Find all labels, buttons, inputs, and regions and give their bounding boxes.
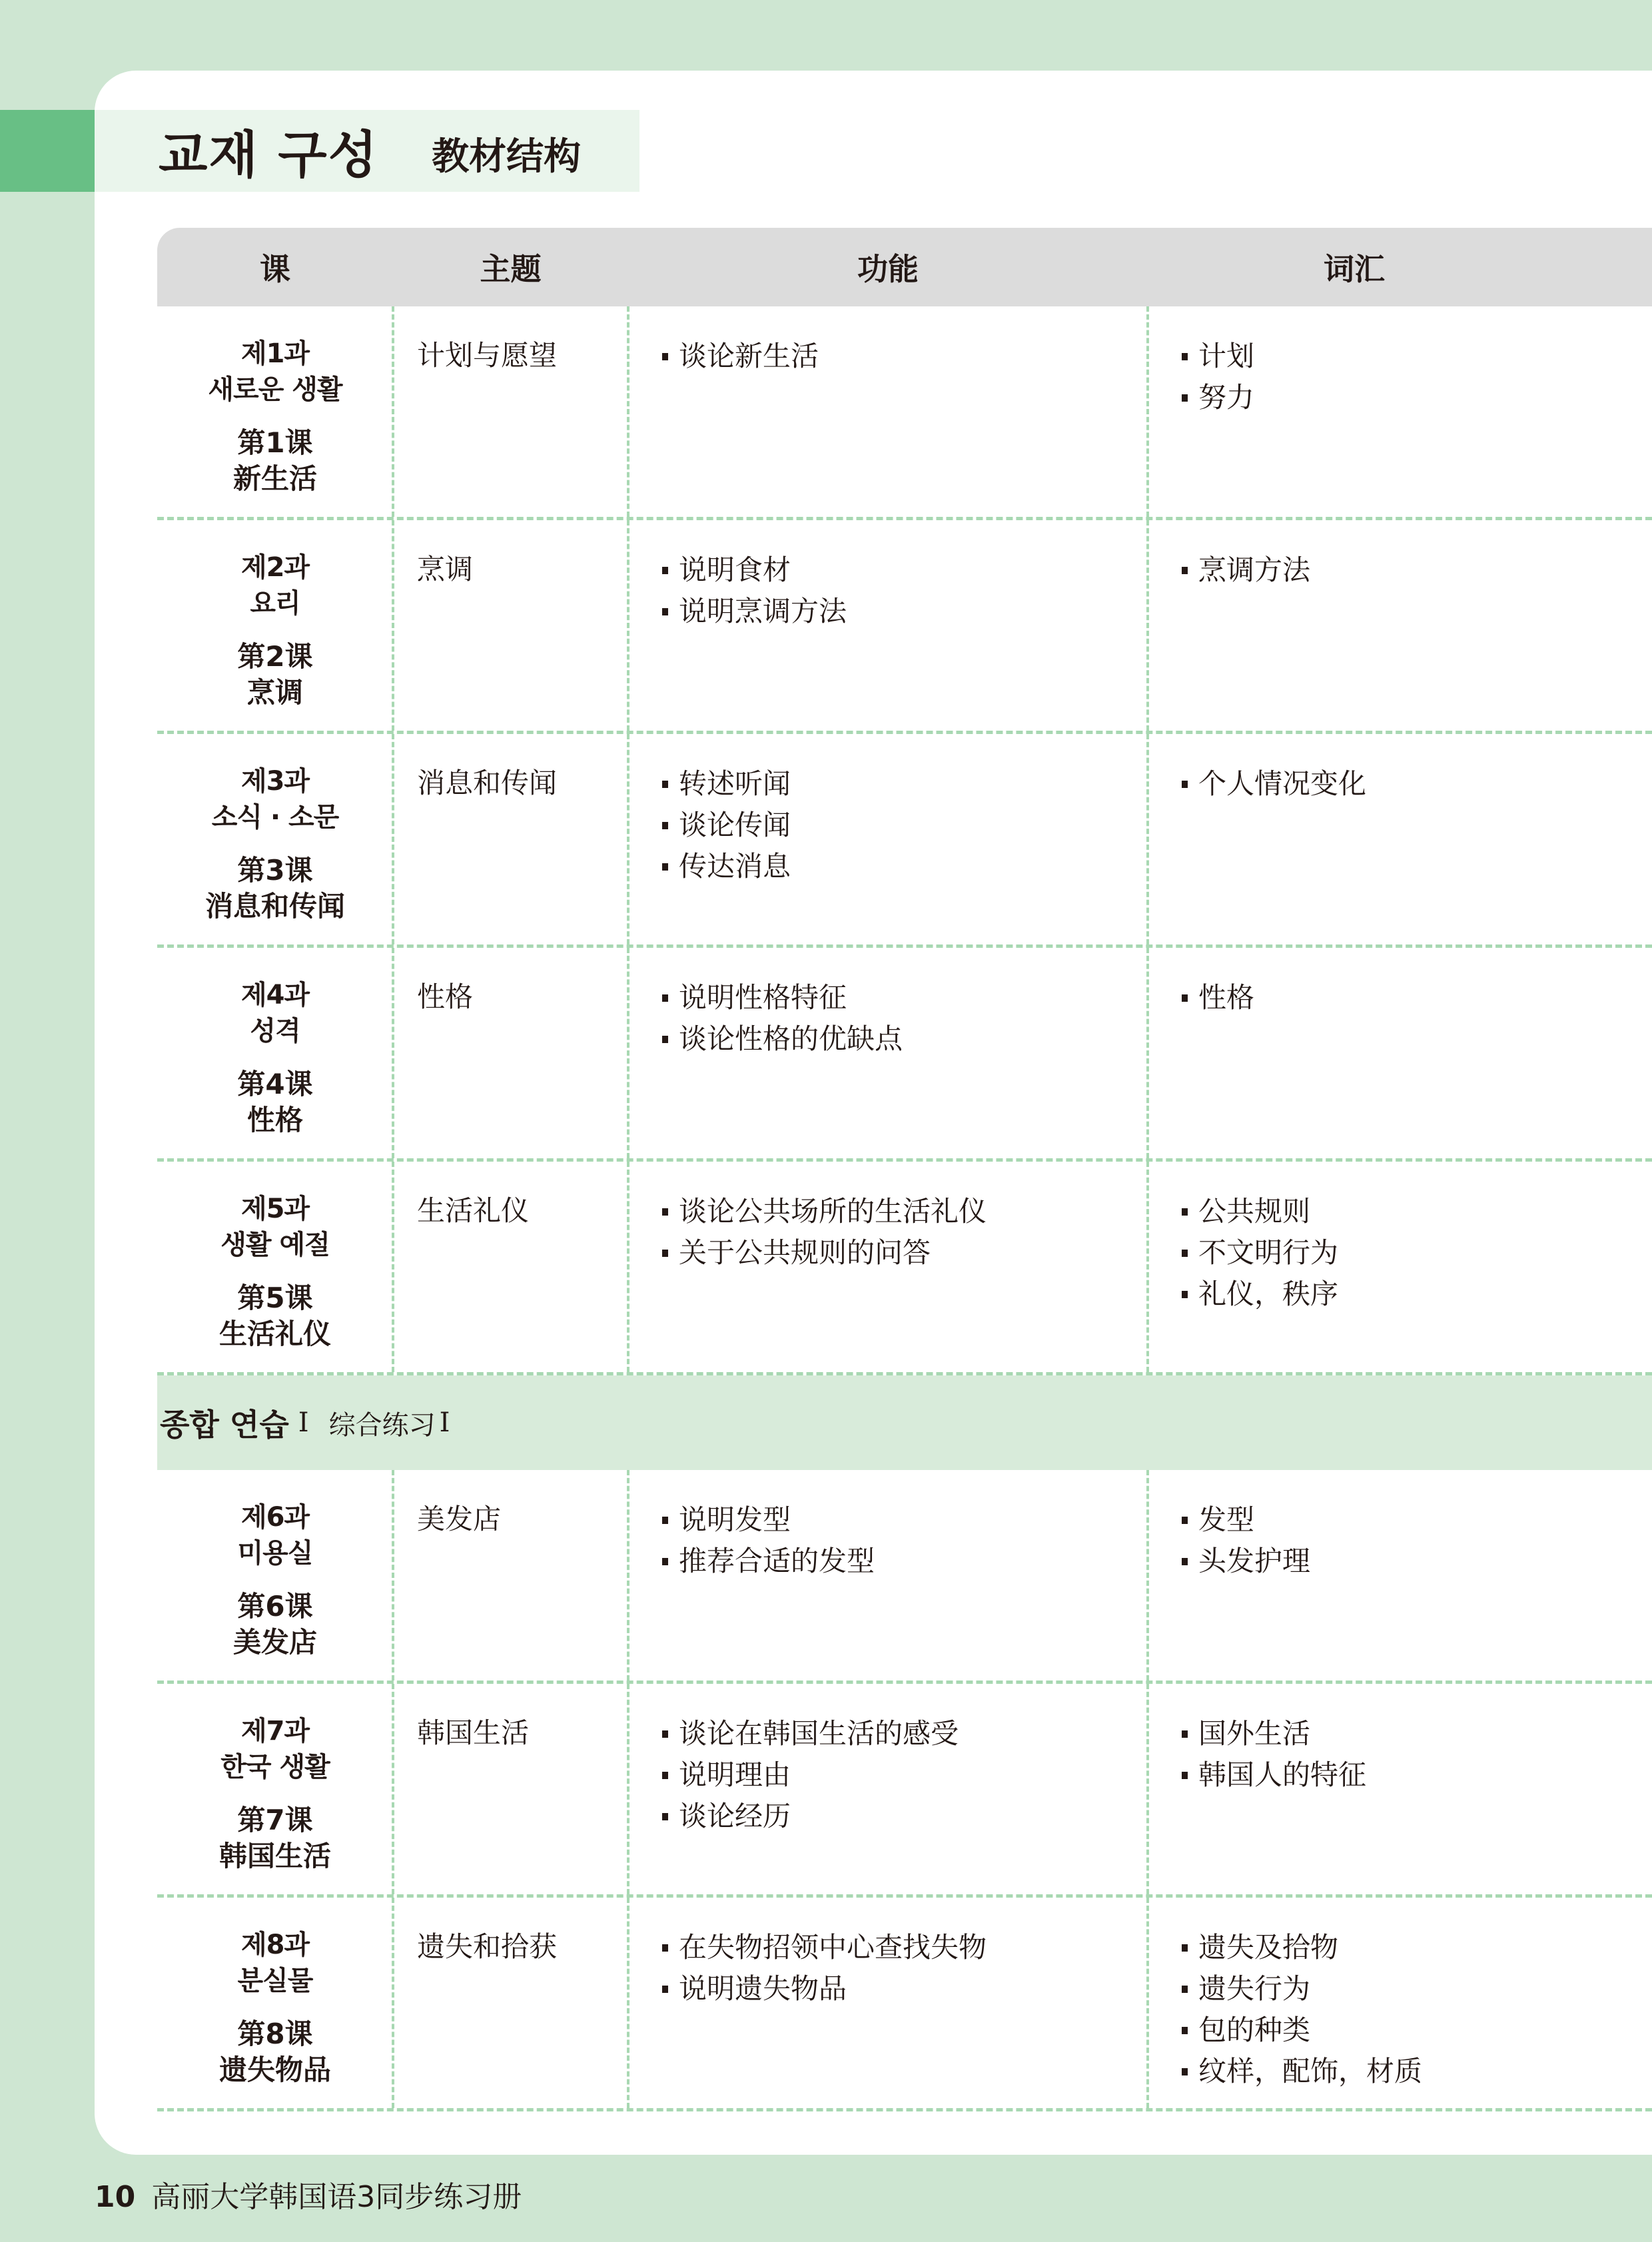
vocabulary-item: 遗失及拾物 (1182, 1927, 1422, 1968)
vocabulary-list: 发型头发护理 (1182, 1499, 1310, 1582)
lesson-zh-title: 遗失物品 (157, 2052, 393, 2088)
lesson-ko-number: 제5과 (157, 1191, 393, 1227)
table-header: 课 主题 功能 词汇 (157, 228, 1652, 306)
column-header-function: 功能 (628, 228, 1148, 306)
list-item-text: 推荐合适的发型 (679, 1541, 875, 1582)
topic-cell: 生活礼仪 (417, 1191, 529, 1231)
table-body-part1: 제1과 새로운 생활 第1课 新生活 计划与愿望 谈论新生活 计划努力 제2과 … (157, 306, 1652, 1375)
column-divider (1146, 948, 1149, 1158)
lesson-zh-number: 第5课 (157, 1280, 393, 1316)
lesson-cell: 제1과 새로운 생활 第1课 新生活 (157, 336, 393, 497)
function-list: 说明性格特征谈论性格的优缺点 (662, 977, 903, 1060)
function-list: 说明食材说明烹调方法 (662, 550, 847, 632)
list-item-text: 说明性格特征 (679, 977, 847, 1018)
function-item: 说明遗失物品 (662, 1968, 987, 2010)
lesson-zh-number: 第8课 (157, 2016, 393, 2052)
lesson-ko-number: 제7과 (157, 1713, 393, 1749)
list-item-text: 礼仪，秩序 (1198, 1274, 1338, 1315)
square-bullet-icon (1182, 1558, 1188, 1565)
list-item-text: 谈论性格的优缺点 (679, 1018, 903, 1060)
vocabulary-item: 公共规则 (1182, 1191, 1338, 1232)
lesson-zh-number: 第6课 (157, 1589, 393, 1625)
function-item: 谈论在韩国生活的感受 (662, 1713, 959, 1754)
column-divider (1146, 1162, 1149, 1372)
lesson-cell: 제5과 생활 예절 第5课 生活礼仪 (157, 1191, 393, 1352)
vocabulary-item: 不文明行为 (1182, 1232, 1338, 1274)
function-item: 传达消息 (662, 846, 791, 887)
square-bullet-icon (662, 567, 668, 574)
page-title-band: 교재 구성 教材结构 (95, 110, 639, 192)
vocabulary-item: 发型 (1182, 1499, 1310, 1541)
lesson-ko-title: 성격 (157, 1013, 393, 1049)
lesson-cell: 제2과 요리 第2课 烹调 (157, 550, 393, 711)
list-item-text: 说明烹调方法 (679, 591, 847, 632)
list-item-text: 传达消息 (679, 846, 791, 887)
topic-cell: 消息和传闻 (417, 763, 557, 803)
square-bullet-icon (1182, 994, 1188, 1002)
review-label-zh: 综合练习 (329, 1404, 436, 1442)
list-item-text: 说明理由 (679, 1754, 791, 1796)
vocabulary-item: 国外生活 (1182, 1713, 1366, 1754)
list-item-text: 说明食材 (679, 550, 791, 591)
table-row: 제5과 생활 예절 第5课 生活礼仪 生活礼仪 谈论公共场所的生活礼仪关于公共规… (157, 1162, 1652, 1375)
table-row: 제7과 한국 생활 第7课 韩国生活 韩国生活 谈论在韩国生活的感受说明理由谈论… (157, 1684, 1652, 1898)
square-bullet-icon (1182, 2027, 1188, 2034)
list-item-text: 遗失及拾物 (1198, 1927, 1338, 1968)
column-divider (627, 734, 629, 944)
list-item-text: 计划 (1198, 336, 1254, 377)
topic-cell: 韩国生活 (417, 1713, 529, 1753)
function-item: 谈论公共场所的生活礼仪 (662, 1191, 987, 1232)
column-divider (1146, 734, 1149, 944)
topic-cell: 性格 (417, 977, 473, 1017)
square-bullet-icon (1182, 1772, 1188, 1779)
list-item-text: 纹样，配饰，材质 (1198, 2051, 1422, 2092)
function-list: 谈论公共场所的生活礼仪关于公共规则的问答 (662, 1191, 987, 1274)
lesson-zh-title: 烹调 (157, 675, 393, 711)
lesson-zh-title: 生活礼仪 (157, 1316, 393, 1352)
square-bullet-icon (662, 1944, 668, 1952)
list-item-text: 说明遗失物品 (679, 1968, 847, 2010)
function-item: 推荐合适的发型 (662, 1541, 875, 1582)
list-item-text: 性格 (1198, 977, 1254, 1018)
review-section-band: 종합 연습 I 综合练习 I (157, 1375, 1652, 1470)
list-item-text: 关于公共规则的问答 (679, 1232, 931, 1274)
list-item-text: 谈论经历 (679, 1796, 791, 1837)
square-bullet-icon (662, 994, 668, 1002)
lesson-ko-title: 새로운 생활 (157, 372, 393, 408)
square-bullet-icon (662, 608, 668, 615)
function-item: 关于公共规则的问答 (662, 1232, 987, 1274)
lesson-cell: 제6과 미용실 第6课 美发店 (157, 1499, 393, 1661)
lesson-ko-number: 제6과 (157, 1499, 393, 1535)
topic-cell: 计划与愿望 (417, 336, 557, 376)
vocabulary-list: 遗失及拾物遗失行为包的种类纹样，配饰，材质 (1182, 1927, 1422, 2092)
square-bullet-icon (1182, 1250, 1188, 1257)
column-divider (1146, 1898, 1149, 2108)
square-bullet-icon (1182, 1944, 1188, 1952)
table-row: 제6과 미용실 第6课 美发店 美发店 说明发型推荐合适的发型 发型头发护理 (157, 1470, 1652, 1684)
lesson-zh-number: 第2课 (157, 639, 393, 675)
square-bullet-icon (1182, 1986, 1188, 1993)
lesson-ko-title: 생활 예절 (157, 1227, 393, 1263)
column-divider (1146, 306, 1149, 517)
page-footer: 10 高丽大学韩国语3同步练习册 (95, 2173, 522, 2215)
column-header-lesson: 课 (157, 228, 393, 306)
function-item: 说明理由 (662, 1754, 959, 1796)
square-bullet-icon (662, 1772, 668, 1779)
vocabulary-item: 烹调方法 (1182, 550, 1310, 591)
square-bullet-icon (662, 1250, 668, 1257)
square-bullet-icon (1182, 567, 1188, 574)
function-item: 说明发型 (662, 1499, 875, 1541)
vocabulary-item: 礼仪，秩序 (1182, 1274, 1338, 1315)
function-item: 谈论新生活 (662, 336, 819, 377)
list-item-text: 烹调方法 (1198, 550, 1310, 591)
vocabulary-list: 计划努力 (1182, 336, 1254, 418)
column-header-topic: 主题 (393, 228, 628, 306)
function-item: 说明烹调方法 (662, 591, 847, 632)
list-item-text: 头发护理 (1198, 1541, 1310, 1582)
list-item-text: 说明发型 (679, 1499, 791, 1541)
vocabulary-item: 韩国人的特征 (1182, 1754, 1366, 1796)
table-row: 제2과 요리 第2课 烹调 烹调 说明食材说明烹调方法 烹调方法 (157, 520, 1652, 734)
vocabulary-list: 国外生活韩国人的特征 (1182, 1713, 1366, 1796)
lesson-zh-title: 消息和传闻 (157, 889, 393, 925)
square-bullet-icon (662, 1036, 668, 1043)
column-divider (627, 520, 629, 731)
column-divider (1146, 520, 1149, 731)
column-divider (1146, 1684, 1149, 1894)
table-row: 제3과 소식 · 소문 第3课 消息和传闻 消息和传闻 转述听闻谈论传闻传达消息… (157, 734, 1652, 948)
column-divider (627, 1470, 629, 1681)
review-label-ko: 종합 연습 (160, 1401, 289, 1445)
vocabulary-item: 努力 (1182, 377, 1254, 418)
function-item: 谈论经历 (662, 1796, 959, 1837)
lesson-cell: 제7과 한국 생활 第7课 韩国生活 (157, 1713, 393, 1874)
list-item-text: 谈论传闻 (679, 805, 791, 846)
column-divider (1146, 1470, 1149, 1681)
square-bullet-icon (662, 822, 668, 829)
lesson-cell: 제4과 성격 第4课 性格 (157, 977, 393, 1138)
column-divider (627, 1162, 629, 1372)
lesson-zh-number: 第4课 (157, 1066, 393, 1102)
square-bullet-icon (662, 1208, 668, 1216)
function-item: 说明性格特征 (662, 977, 903, 1018)
lesson-ko-title: 한국 생활 (157, 1749, 393, 1785)
topic-cell: 遗失和拾获 (417, 1927, 557, 1967)
lesson-ko-title: 소식 · 소문 (157, 799, 393, 835)
lesson-ko-title: 분실물 (157, 1963, 393, 1999)
list-item-text: 发型 (1198, 1499, 1254, 1541)
square-bullet-icon (662, 1517, 668, 1524)
square-bullet-icon (662, 781, 668, 788)
table-row: 제1과 새로운 생활 第1课 新生活 计划与愿望 谈论新生活 计划努力 (157, 306, 1652, 520)
function-list: 说明发型推荐合适的发型 (662, 1499, 875, 1582)
vocabulary-item: 性格 (1182, 977, 1254, 1018)
function-list: 谈论新生活 (662, 336, 819, 377)
list-item-text: 在失物招领中心查找失物 (679, 1927, 987, 1968)
function-list: 谈论在韩国生活的感受说明理由谈论经历 (662, 1713, 959, 1837)
vocabulary-list: 个人情况变化 (1182, 763, 1366, 805)
function-item: 转述听闻 (662, 763, 791, 805)
function-list: 在失物招领中心查找失物说明遗失物品 (662, 1927, 987, 2010)
lesson-ko-title: 미용실 (157, 1535, 393, 1571)
vocabulary-list: 公共规则不文明行为礼仪，秩序 (1182, 1191, 1338, 1315)
lesson-ko-number: 제3과 (157, 763, 393, 799)
vocabulary-list: 性格 (1182, 977, 1254, 1018)
square-bullet-icon (1182, 1517, 1188, 1524)
table-row: 제4과 성격 第4课 性格 性格 说明性格特征谈论性格的优缺点 性格 (157, 948, 1652, 1162)
curriculum-table: 课 主题 功能 词汇 제1과 새로운 생활 第1课 新生活 计划与愿望 谈论新生… (157, 228, 1652, 2111)
function-item: 谈论传闻 (662, 805, 791, 846)
column-divider (627, 948, 629, 1158)
lesson-ko-number: 제4과 (157, 977, 393, 1013)
square-bullet-icon (662, 863, 668, 871)
review-roman-zh: I (440, 1407, 450, 1438)
function-item: 在失物招领中心查找失物 (662, 1927, 987, 1968)
lesson-ko-number: 제8과 (157, 1927, 393, 1963)
square-bullet-icon (662, 1986, 668, 1993)
lesson-cell: 제3과 소식 · 소문 第3课 消息和传闻 (157, 763, 393, 925)
list-item-text: 谈论在韩国生活的感受 (679, 1713, 959, 1754)
lesson-zh-title: 韩国生活 (157, 1838, 393, 1874)
table-row: 제8과 분실물 第8课 遗失物品 遗失和拾获 在失物招领中心查找失物说明遗失物品… (157, 1898, 1652, 2111)
list-item-text: 不文明行为 (1198, 1232, 1338, 1274)
function-list: 转述听闻谈论传闻传达消息 (662, 763, 791, 887)
list-item-text: 包的种类 (1198, 2010, 1310, 2051)
square-bullet-icon (1182, 2068, 1188, 2075)
column-divider (627, 306, 629, 517)
square-bullet-icon (1182, 1208, 1188, 1216)
square-bullet-icon (662, 1730, 668, 1738)
list-item-text: 谈论公共场所的生活礼仪 (679, 1191, 987, 1232)
square-bullet-icon (1182, 781, 1188, 788)
square-bullet-icon (662, 1813, 668, 1820)
lesson-ko-title: 요리 (157, 585, 393, 621)
page-title-zh: 教材结构 (432, 127, 581, 181)
lesson-zh-title: 新生活 (157, 461, 393, 497)
vocabulary-item: 包的种类 (1182, 2010, 1422, 2051)
square-bullet-icon (1182, 394, 1188, 402)
list-item-text: 遗失行为 (1198, 1968, 1310, 2010)
column-divider (627, 1898, 629, 2108)
lesson-ko-number: 제2과 (157, 550, 393, 585)
square-bullet-icon (1182, 353, 1188, 360)
vocabulary-item: 个人情况变化 (1182, 763, 1366, 805)
list-item-text: 国外生活 (1198, 1713, 1310, 1754)
square-bullet-icon (662, 353, 668, 360)
lesson-zh-title: 性格 (157, 1102, 393, 1138)
function-item: 谈论性格的优缺点 (662, 1018, 903, 1060)
column-header-vocabulary: 词汇 (1148, 228, 1561, 306)
lesson-zh-number: 第1课 (157, 425, 393, 461)
list-item-text: 谈论新生活 (679, 336, 819, 377)
list-item-text: 公共规则 (1198, 1191, 1310, 1232)
page-title-ko: 교재 구성 (159, 115, 378, 187)
list-item-text: 转述听闻 (679, 763, 791, 805)
square-bullet-icon (662, 1558, 668, 1565)
vocabulary-item: 头发护理 (1182, 1541, 1310, 1582)
vocabulary-item: 纹样，配饰，材质 (1182, 2051, 1422, 2092)
list-item-text: 努力 (1198, 377, 1254, 418)
book-title: 高丽大学韩国语3同步练习册 (151, 2173, 522, 2215)
title-accent-tab (0, 110, 95, 192)
vocabulary-list: 烹调方法 (1182, 550, 1310, 591)
topic-cell: 美发店 (417, 1499, 501, 1539)
column-divider (627, 1684, 629, 1894)
function-item: 说明食材 (662, 550, 847, 591)
table-body-part2: 제6과 미용실 第6课 美发店 美发店 说明发型推荐合适的发型 发型头发护理 제… (157, 1470, 1652, 2111)
topic-cell: 烹调 (417, 550, 473, 589)
square-bullet-icon (1182, 1291, 1188, 1298)
lesson-zh-number: 第3课 (157, 853, 393, 889)
vocabulary-item: 计划 (1182, 336, 1254, 377)
vocabulary-item: 遗失行为 (1182, 1968, 1422, 2010)
lesson-ko-number: 제1과 (157, 336, 393, 372)
list-item-text: 韩国人的特征 (1198, 1754, 1366, 1796)
list-item-text: 个人情况变化 (1198, 763, 1366, 805)
review-roman-ko: I (298, 1407, 309, 1438)
lesson-cell: 제8과 분실물 第8课 遗失物品 (157, 1927, 393, 2088)
lesson-zh-number: 第7课 (157, 1802, 393, 1838)
lesson-zh-title: 美发店 (157, 1625, 393, 1661)
page-number: 10 (95, 2180, 135, 2214)
square-bullet-icon (1182, 1730, 1188, 1738)
